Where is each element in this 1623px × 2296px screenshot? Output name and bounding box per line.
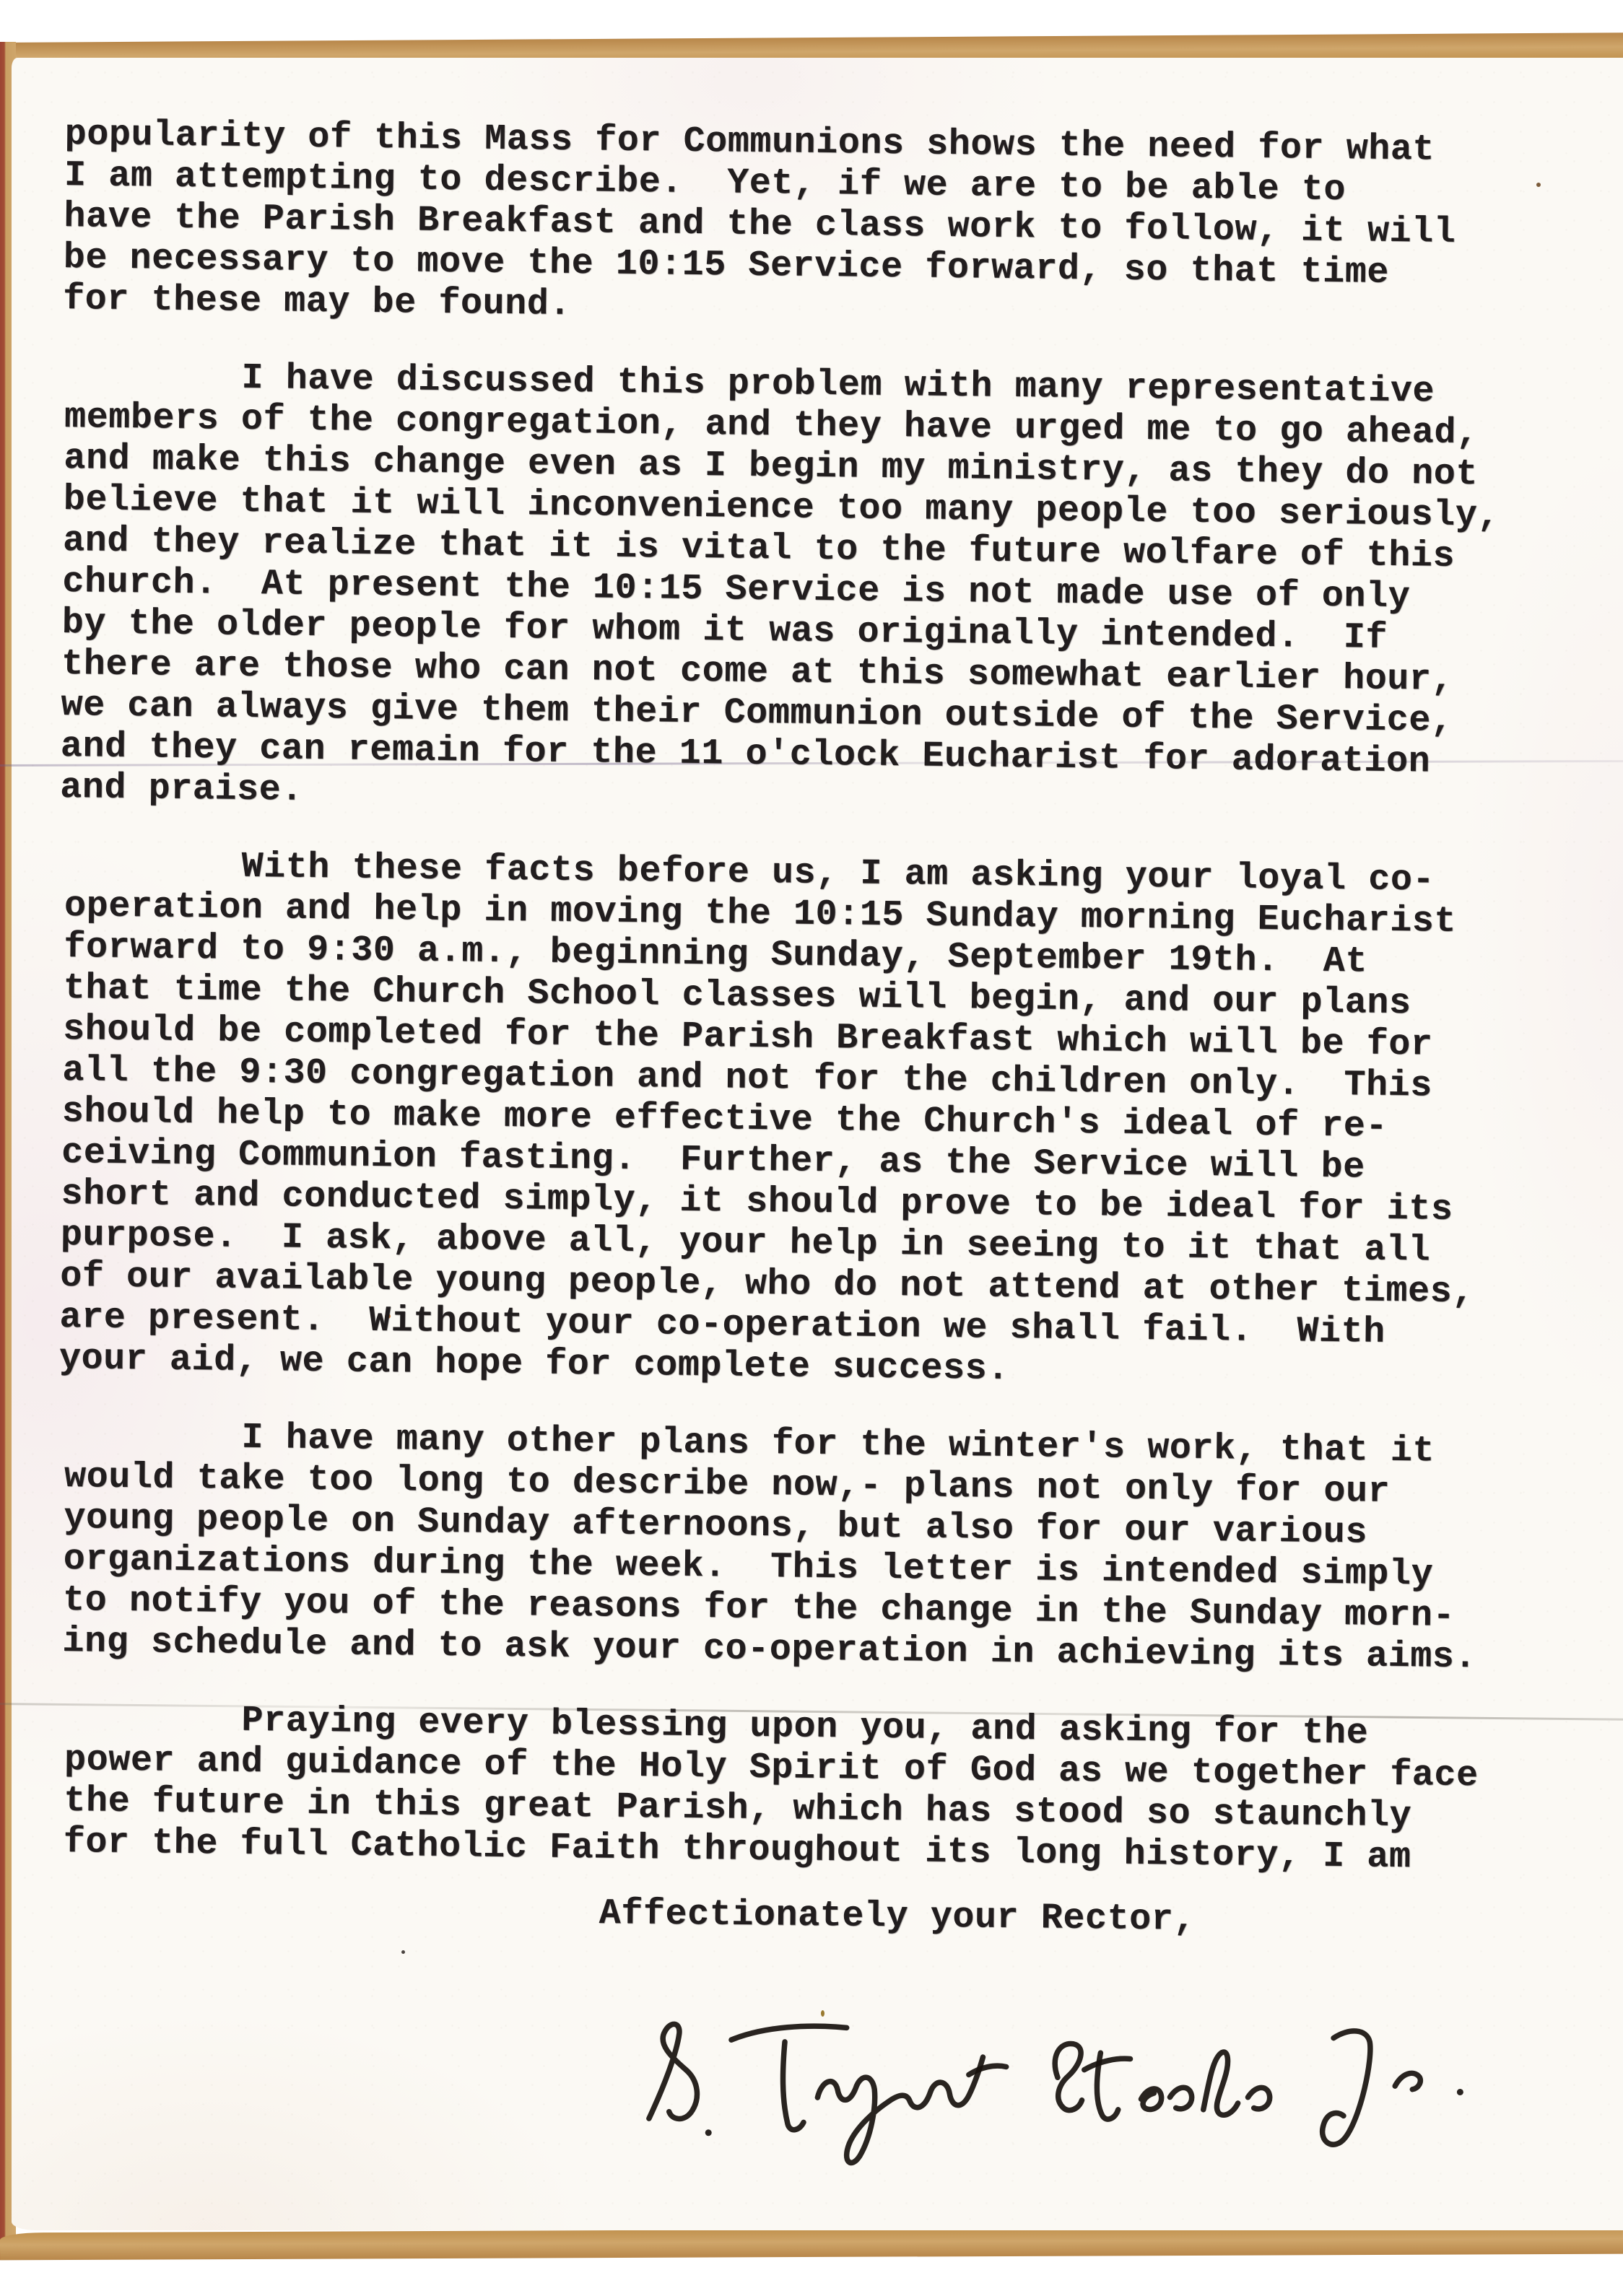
letter-paragraph-4: I have many other plans for the winter's… (62, 1415, 1623, 1680)
letter-paragraph-5: Praying every blessing upon you, and ask… (63, 1698, 1622, 1880)
letter-paragraph-2: I have discussed this problem with many … (60, 356, 1623, 826)
signature (634, 1985, 1503, 2173)
backing-board-bottom-edge (0, 2227, 1623, 2261)
letter-paragraph-1: popularity of this Mass for Communions s… (63, 114, 1623, 337)
letter-closing: Affectionately your Rector, (599, 1893, 1623, 1945)
paper-speck (401, 1950, 405, 1954)
signature-handwriting (634, 1985, 1503, 2173)
letter-body: popularity of this Mass for Communions s… (65, 114, 1623, 1934)
scanned-letter-page: popularity of this Mass for Communions s… (0, 0, 1623, 2296)
letter-paper: popularity of this Mass for Communions s… (12, 58, 1623, 2230)
letter-paragraph-3: With these facts before us, I am asking … (59, 844, 1623, 1397)
